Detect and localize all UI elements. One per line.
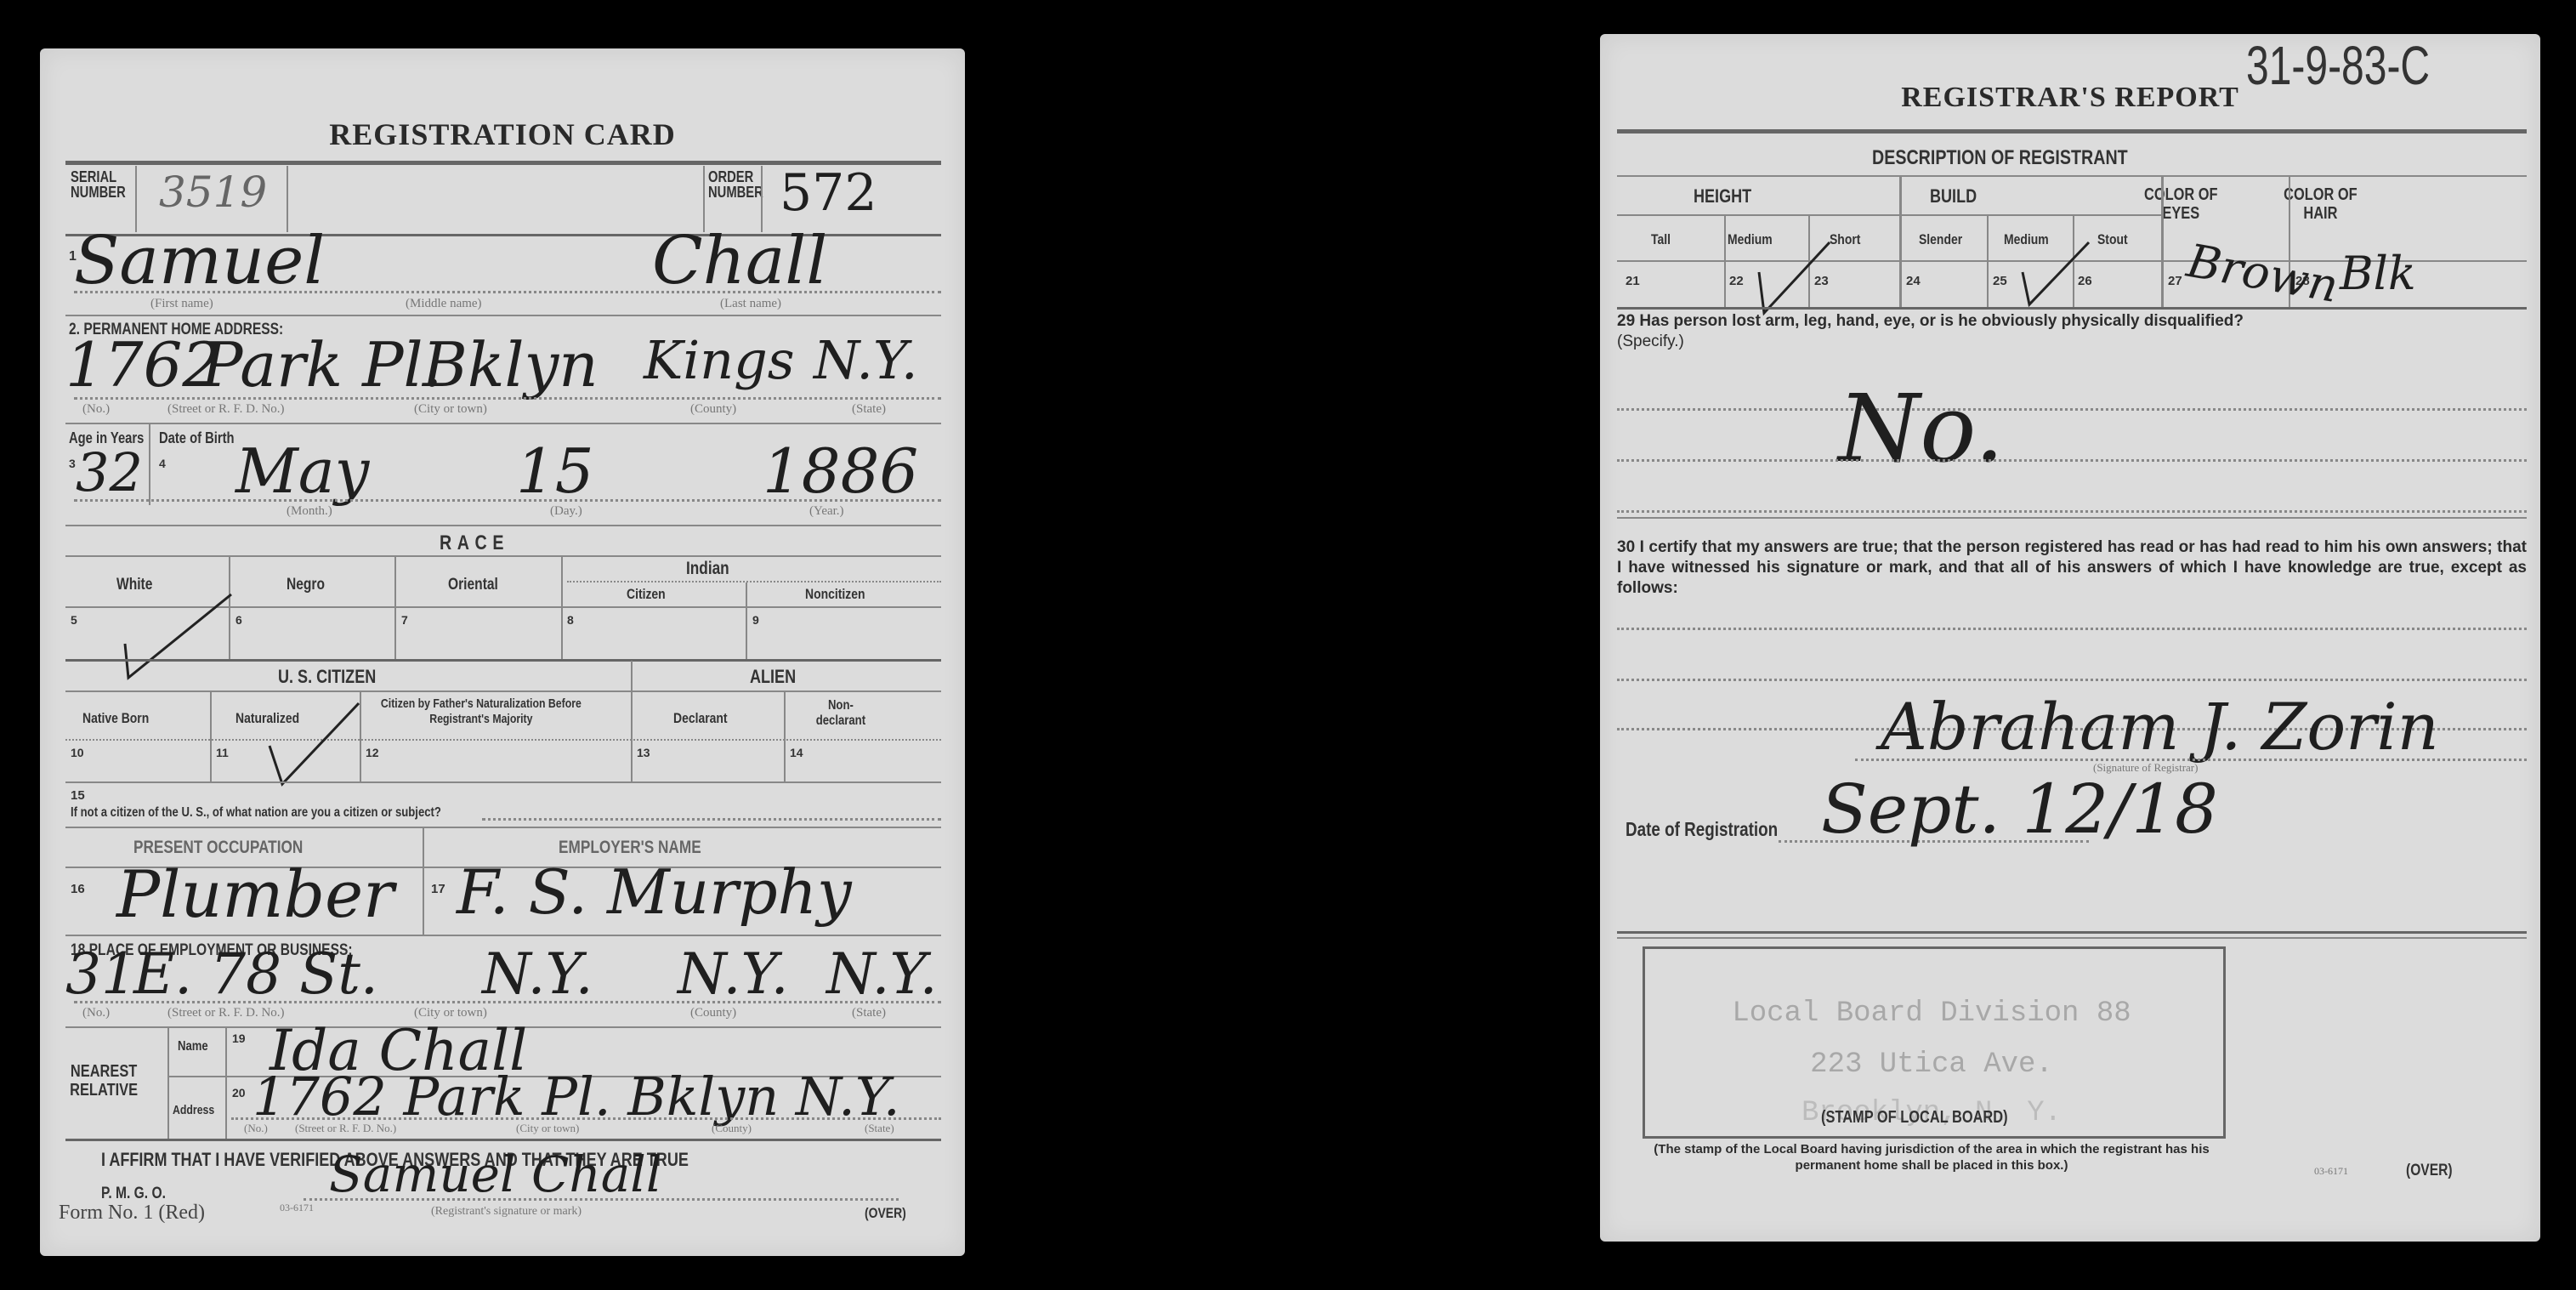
hair-color-value: Blk [2340, 247, 2416, 300]
relative-address-label: Address [173, 1103, 214, 1117]
divider [1617, 937, 2527, 939]
height-num-21: 21 [1626, 274, 1640, 288]
date-of-registration-label: Date of Registration [1626, 818, 1778, 841]
alien-col-nondeclarant: Non-declarant [809, 698, 872, 729]
home-address-no: 1762 [65, 329, 221, 401]
order-number-label: ORDER NUMBER [708, 169, 764, 200]
employment-caption-county: (County) [690, 1006, 736, 1020]
hair-header: COLOR OF HAIR [2272, 185, 2369, 223]
registrars-report-card: 31-9-83-C REGISTRAR'S REPORT DESCRIPTION… [1600, 34, 2540, 1242]
dob-label: Date of Birth [159, 429, 235, 447]
race-header: RACE [440, 531, 509, 555]
employment-county: N.Y. [678, 941, 789, 1007]
divider [394, 557, 396, 659]
eyes-num-27: 27 [2168, 274, 2182, 288]
address-caption-no: (No.) [82, 402, 110, 417]
alien-header: ALIEN [750, 666, 796, 688]
over-label: (OVER) [865, 1205, 906, 1222]
citizen-num-11: 11 [216, 746, 229, 759]
divider [746, 582, 747, 659]
employment-state: N.Y. [826, 941, 938, 1007]
checkmark-icon [1757, 238, 1834, 315]
address-caption-state: (State) [852, 402, 886, 417]
employment-city: N.Y. [482, 941, 593, 1007]
alien-num-14: 14 [790, 746, 803, 759]
home-address-street: Park Pl. [201, 329, 442, 401]
home-address-city: Bklyn [423, 329, 599, 401]
relative-caption-state: (State) [865, 1122, 894, 1135]
citizen-col-native: Native Born [82, 710, 149, 727]
card-title: REGISTRATION CARD [40, 116, 965, 152]
build-col-slender: Slender [1919, 231, 1962, 248]
citizen-num-12: 12 [366, 746, 379, 759]
employment-no: 31 [65, 941, 137, 1007]
q29-text: 29 Has person lost arm, leg, hand, eye, … [1617, 311, 2527, 332]
citizen-num-10: 10 [71, 746, 84, 759]
divider [423, 828, 424, 935]
alien-col-declarant: Declarant [673, 710, 728, 727]
over-label: (OVER) [2406, 1162, 2453, 1180]
home-address-state: N.Y. [814, 329, 918, 391]
eye-color-value: Brown [2183, 234, 2342, 313]
divider [1899, 175, 1902, 307]
divider [1617, 129, 2527, 134]
employment-caption-no: (No.) [82, 1006, 110, 1020]
description-subtitle: DESCRIPTION OF REGISTRANT [1872, 146, 2128, 170]
address-caption-county: (County) [690, 402, 736, 417]
build-header: BUILD [1930, 185, 1977, 207]
registration-card: REGISTRATION CARD SERIAL NUMBER 3519 ORD… [40, 48, 965, 1256]
dotted-line [1617, 679, 2527, 681]
divider [65, 781, 941, 783]
dob-day: 15 [516, 435, 594, 507]
race-col-indian-citizen: Citizen [627, 586, 666, 603]
divider [65, 423, 941, 424]
first-name-caption: (First name) [150, 297, 213, 311]
dob-year: 1886 [763, 435, 918, 507]
race-col-indian-noncitizen: Noncitizen [805, 586, 865, 603]
divider [65, 739, 941, 741]
employer-value: F. S. Murphy [457, 856, 852, 928]
pmgo-label: P. M. G. O. [101, 1185, 166, 1203]
dotted-line [231, 1117, 941, 1120]
dotted-line [74, 499, 941, 502]
height-col-short: Short [1830, 231, 1860, 248]
divider [65, 315, 941, 316]
race-col-negro: Negro [287, 576, 325, 594]
dob-caption-day: (Day.) [550, 504, 582, 519]
registrar-signature: Abraham J. Zorin [1881, 689, 2439, 764]
employment-caption-state: (State) [852, 1006, 886, 1020]
divider [65, 827, 941, 828]
question-number: 17 [431, 882, 445, 896]
divider [561, 557, 563, 659]
divider [65, 935, 941, 936]
checkmark-icon [265, 703, 367, 788]
question-number: 19 [232, 1031, 246, 1045]
race-num-8: 8 [567, 613, 574, 627]
report-title: REGISTRAR'S REPORT [1600, 82, 2540, 114]
divider [149, 424, 150, 505]
divider [225, 1028, 227, 1139]
dotted-line [1617, 628, 2527, 630]
middle-name-caption: (Middle name) [406, 297, 482, 311]
registrant-signature: Samuel Chall [329, 1145, 661, 1203]
print-code: 03-6171 [2314, 1165, 2348, 1178]
height-header: HEIGHT [1694, 185, 1751, 207]
race-num-7: 7 [401, 613, 408, 627]
age-value: 32 [76, 441, 143, 503]
address-caption-city: (City or town) [414, 402, 487, 417]
print-code: 03-6171 [280, 1202, 314, 1214]
divider [65, 1139, 941, 1141]
employment-street: E. 78 St. [133, 941, 378, 1007]
q29-answer: No. [1838, 374, 2005, 483]
divider [784, 692, 786, 781]
serial-number-label: SERIAL NUMBER [71, 169, 127, 200]
dotted-line [1617, 459, 2527, 462]
relative-caption-county: (County) [712, 1122, 752, 1135]
race-num-9: 9 [752, 613, 759, 627]
divider [65, 555, 941, 557]
stamp-line-1: Local Board Division 88 [1643, 997, 2221, 1030]
serial-number-value: 3519 [159, 168, 267, 217]
occupation-header: PRESENT OCCUPATION [133, 838, 303, 858]
build-num-25: 25 [1993, 274, 2007, 288]
dob-caption-year: (Year.) [809, 504, 844, 519]
dotted-line [304, 1198, 899, 1201]
question-number: 20 [232, 1086, 246, 1100]
divider [567, 581, 941, 582]
dotted-line [482, 818, 941, 821]
race-col-oriental: Oriental [448, 576, 498, 594]
relative-caption-street: (Street or R. F. D. No.) [295, 1122, 396, 1135]
build-col-stout: Stout [2097, 231, 2128, 248]
stamp-caption: (STAMP OF LOCAL BOARD) [1821, 1108, 2008, 1128]
divider [167, 1028, 169, 1139]
relative-name-label: Name [178, 1039, 208, 1054]
divider [631, 661, 633, 781]
date-of-registration-value: Sept. 12/18 [1821, 770, 2218, 849]
first-name-value: Samuel [74, 223, 325, 299]
q30-text: 30 I certify that my answers are true; t… [1617, 537, 2527, 599]
eyes-header: COLOR OF EYES [2136, 185, 2227, 223]
divider [65, 659, 941, 662]
divider [1617, 307, 2527, 310]
race-col-white: White [116, 576, 152, 594]
question-number: 4 [159, 457, 166, 470]
question-number: 3 [69, 457, 76, 470]
signature-caption: (Registrant's signature or mark) [431, 1205, 582, 1219]
question-number: 15 [71, 788, 85, 803]
divider [2161, 175, 2164, 307]
divider [1617, 175, 2527, 177]
divider [1617, 214, 2161, 216]
relative-caption-city: (City or town) [516, 1122, 579, 1135]
divider [65, 525, 941, 526]
dob-caption-month: (Month.) [287, 504, 332, 519]
race-num-5: 5 [71, 613, 77, 627]
checkmark-icon [2021, 238, 2097, 306]
us-citizen-header: U. S. CITIZEN [278, 666, 376, 688]
height-col-tall: Tall [1651, 231, 1671, 248]
divider [1617, 931, 2527, 934]
dob-month: May [235, 435, 369, 507]
race-indian-header: Indian [686, 559, 729, 579]
relative-caption-no: (No.) [244, 1122, 268, 1135]
dotted-line [74, 397, 941, 400]
divider [210, 692, 212, 781]
build-num-24: 24 [1906, 274, 1921, 288]
q29-specify: (Specify.) [1617, 332, 1684, 352]
dotted-line [74, 1001, 941, 1003]
nearest-relative-label: NEAREST RELATIVE [65, 1062, 142, 1100]
dotted-line [1617, 408, 2527, 411]
last-name-caption: (Last name) [720, 297, 781, 311]
employer-header: EMPLOYER'S NAME [559, 838, 701, 858]
divider [65, 690, 941, 692]
alien-num-13: 13 [637, 746, 650, 759]
dotted-line [74, 291, 941, 293]
occupation-value: Plumber [116, 856, 394, 932]
employment-caption-street: (Street or R. F. D. No.) [167, 1006, 285, 1020]
order-number-value: 572 [780, 163, 877, 223]
height-num-22: 22 [1729, 274, 1744, 288]
stamp-line-2: 223 Utica Ave. [1643, 1048, 2221, 1081]
checkmark-icon [116, 593, 244, 686]
address-caption-street: (Street or R. F. D. No.) [167, 402, 285, 417]
dotted-line [1617, 510, 2527, 513]
question-number: 16 [71, 882, 85, 896]
form-number: Form No. 1 (Red) [59, 1202, 205, 1225]
q15-text: If not a citizen of the U. S., of what n… [71, 805, 441, 821]
home-address-county: Kings [644, 329, 795, 391]
stamp-note: (The stamp of the Local Board having jur… [1634, 1141, 2229, 1174]
last-name-value: Chall [652, 223, 827, 299]
citizen-col-father: Citizen by Father's Naturalization Befor… [380, 696, 582, 727]
divider [1617, 517, 2527, 519]
